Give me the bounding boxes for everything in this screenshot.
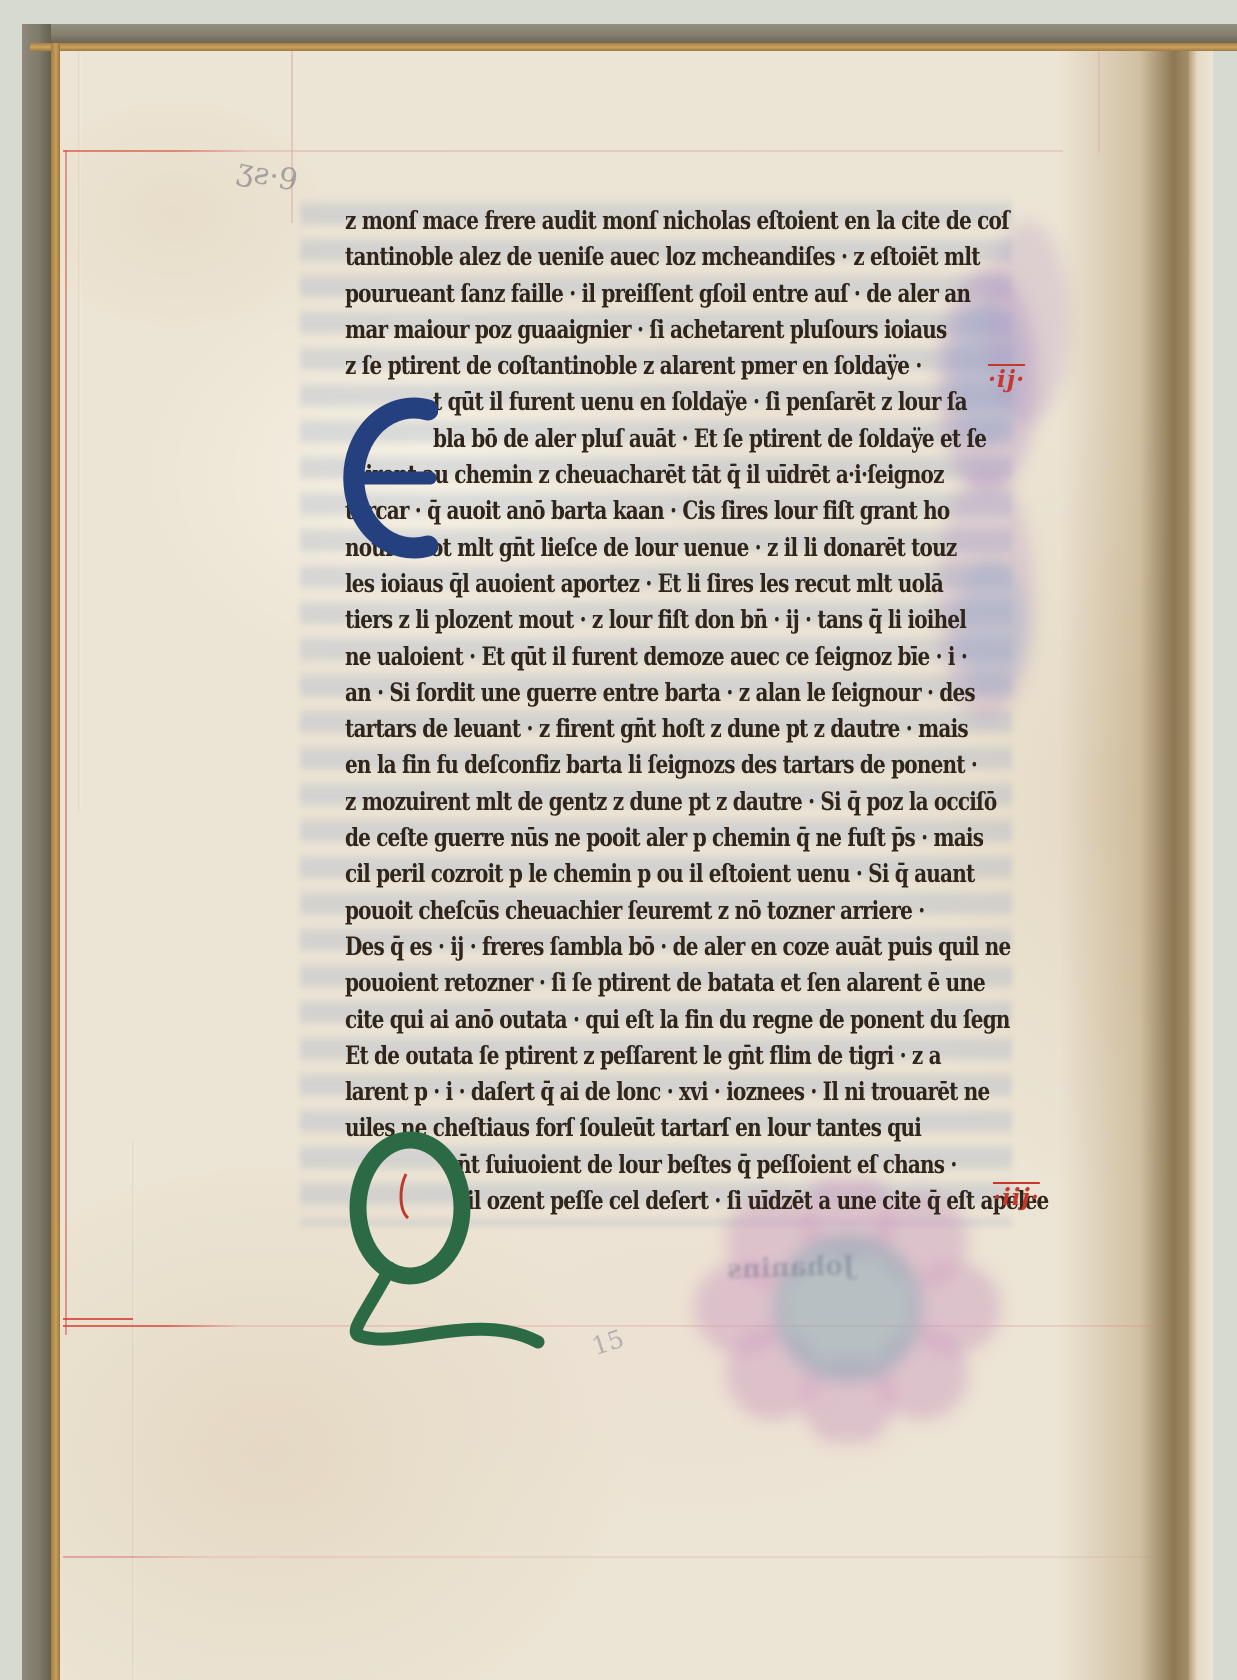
text-line: z ſe ptirent de coſtantinoble z alarent … [345,351,1005,387]
book-board-top-edge [22,24,1237,43]
gilt-page-edges-top [30,43,1237,51]
illuminated-initial-q [328,1118,573,1367]
text-line: an · Si ſordit une guerre entre barta · … [345,678,1005,714]
book-board-left-edge [22,24,51,1680]
rubricator-guide-mark [401,1174,408,1218]
text-line: Et de outata ſe ptirent z peſſarent le g… [345,1041,1005,1077]
illuminated-initial-e [334,388,438,572]
text-line: cite qui ai anō outata · qui eſt la fin … [345,1005,1005,1041]
gilt-page-edges-left [51,43,60,1680]
text-line: z mozuirent mlt de gentz z dune pt z dau… [345,787,1005,823]
ruling-line-bottom-short [63,1318,133,1320]
text-line: bla bō de aler pluſ auāt · Et ſe ptirent… [433,424,1005,460]
ruling-line-lower [63,1556,1158,1558]
text-line: tiers z li plozent mout · z lour fiſt do… [345,605,1005,641]
text-line: ne ualoient · Et qūt il furent demoze au… [345,642,1005,678]
gutter-shadow [1059,51,1189,1680]
text-block: z monſ mace frere audit monſ nicholas eſ… [345,206,1005,1222]
text-line: cil peril cozroit p le chemin p ou il eſ… [345,859,1005,895]
facing-page-edge [1189,51,1213,1680]
text-line: pouoient retozner · ſi ſe ptirent de bat… [345,968,1005,1004]
text-line: nour · z ot mlt gn̄t lieſce de lour uenu… [345,533,1005,569]
ruling-line-left [65,150,67,1335]
text-line: tantinoble alez de ueniſe auec loz mchea… [345,242,1005,278]
text-line: z monſ mace frere audit monſ nicholas eſ… [345,206,1005,242]
text-line: t qūt il furent uenu en ſoldaÿe · ſi pen… [433,387,1005,423]
ruling-line-right [1098,51,1100,153]
chapter-mark-lower: ·iij· [993,1184,1040,1211]
text-line: pourueant ſanz faille · il preiſſent gſo… [345,279,1005,315]
text-line: larent p · i · daſert q̄ ai de lonc · xv… [345,1077,1005,1113]
text-line: de ceſte guerre nūs ne pooit aler p chem… [345,823,1005,859]
text-line: tarcar · q̄ auoit anō barta kaan · Cis ſ… [345,496,1005,532]
text-line: mirent au chemin z cheuacharēt tāt q̄ il… [345,460,1005,496]
underleaf-crease [78,51,81,811]
text-line: en la fin fu deſconfiz barta li ſeignozs… [345,750,1005,786]
text-line: mar maiour poz guaaignier · ſi achetaren… [345,315,1005,351]
underleaf-crease [132,1141,135,1680]
text-line: tartars de leuant · z firent gn̄t hoſt z… [345,714,1005,750]
chapter-mark-upper: ·ij· [988,366,1025,393]
ruling-line-top [63,150,1063,152]
text-line: Des q̄ es · ij · freres ſambla bō · de a… [345,932,1005,968]
text-line: pouoit cheſcūs cheuachier ſeuremt z nō t… [345,896,1005,932]
text-line: les ioiaus q̄l auoient aportez · Et li ſ… [345,569,1005,605]
